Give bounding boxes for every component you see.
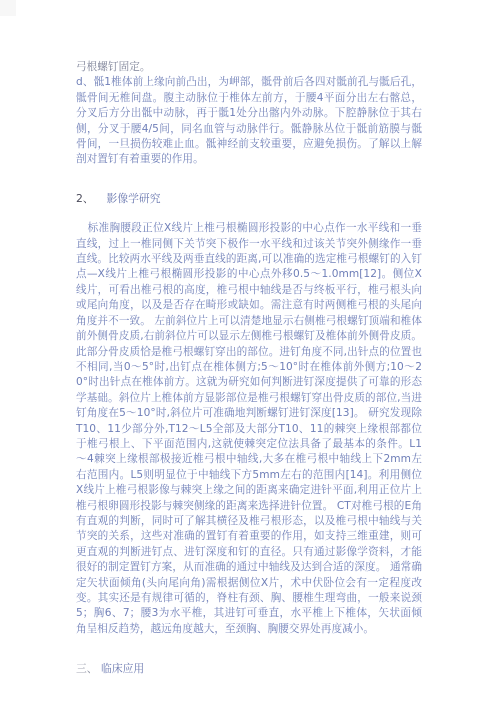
section-title: 临床应用 xyxy=(101,662,144,675)
section-heading-clinical: 三、 临床应用 xyxy=(76,661,422,676)
section-number: 三、 xyxy=(76,662,98,675)
section-number: 2、 xyxy=(76,192,94,205)
paragraph-imaging-body: 标准胸腰段正位X线片上椎弓根椭圆形投影的中心点作一水平线和一垂直线，过上一椎同侧… xyxy=(76,221,422,637)
section-heading-imaging: 2、 影像学研究 xyxy=(76,191,422,206)
scan-corner-mark xyxy=(0,0,16,16)
document-page: 弓根螺钉固定。 d、骶1椎体前上缘向前凸出，为岬部，骶骨前后各四对骶前孔与骶后孔… xyxy=(76,60,422,677)
paragraph-continuation: 弓根螺钉固定。 xyxy=(76,60,422,75)
section-title: 影像学研究 xyxy=(107,192,161,205)
paragraph-anatomy-d: d、骶1椎体前上缘向前凸出，为岬部，骶骨前后各四对骶前孔与骶后孔，骶骨间无椎间盘… xyxy=(76,75,422,167)
